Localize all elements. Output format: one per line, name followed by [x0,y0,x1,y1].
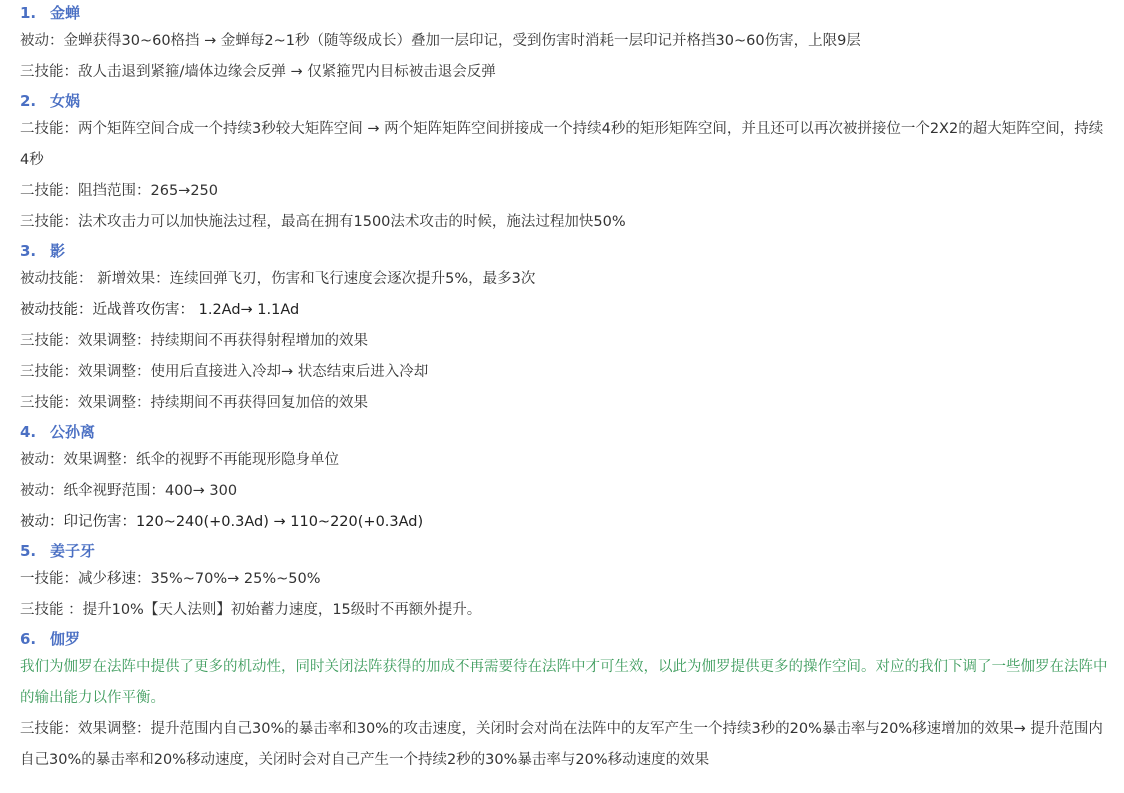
change-line: 三技能：效果调整：持续期间不再获得射程增加的效果 [20,326,1110,357]
change-line: 一技能：减少移速：35%~70%→ 25%~50% [20,564,1110,595]
hero-name: 影 [50,242,65,260]
change-line: 被动：效果调整：纸伞的视野不再能现形隐身单位 [20,445,1110,476]
hero-name: 金蝉 [50,4,80,22]
change-line: 三技能 ：提升10%【天人法则】初始蓄力速度，15级时不再额外提升。 [20,595,1110,626]
change-line: 三技能：效果调整：持续期间不再获得回复加倍的效果 [20,388,1110,419]
section-jinchan: 1.金蝉 被动：金蝉获得30~60格挡 → 金蝉每2~1秒（随等级成长）叠加一层… [20,0,1110,88]
change-line: 二技能：阻挡范围：265→250 [20,176,1110,207]
change-line: 三技能：敌人击退到紧箍/墙体边缘会反弹 → 仅紧箍咒内目标被击退会反弹 [20,57,1110,88]
section-jialuo: 6.伽罗 我们为伽罗在法阵中提供了更多的机动性，同时关闭法阵获得的加成不再需要待… [20,626,1110,776]
section-nvwa: 2.女娲 二技能：两个矩阵空间合成一个持续3秒较大矩阵空间 → 两个矩阵矩阵空间… [20,88,1110,238]
hero-name: 姜子牙 [50,542,95,560]
section-heading: 3.影 [20,238,1110,264]
section-number: 3. [20,238,50,264]
hero-name: 公孙离 [50,423,95,441]
section-heading: 4.公孙离 [20,419,1110,445]
change-line: 三技能：法术攻击力可以加快施法过程，最高在拥有1500法术攻击的时候，施法过程加… [20,207,1110,238]
change-line: 被动：金蝉获得30~60格挡 → 金蝉每2~1秒（随等级成长）叠加一层印记，受到… [20,26,1110,57]
section-number: 1. [20,0,50,26]
change-line: 二技能：两个矩阵空间合成一个持续3秒较大矩阵空间 → 两个矩阵矩阵空间拼接成一个… [20,114,1110,176]
section-number: 4. [20,419,50,445]
section-heading: 6.伽罗 [20,626,1110,652]
change-line: 三技能：效果调整：使用后直接进入冷却→ 状态结束后进入冷却 [20,357,1110,388]
section-number: 2. [20,88,50,114]
change-line: 被动技能：近战普攻伤害： 1.2Ad→ 1.1Ad [20,295,1110,326]
section-heading: 5.姜子牙 [20,538,1110,564]
change-line: 被动：纸伞视野范围：400→ 300 [20,476,1110,507]
section-jiangziya: 5.姜子牙 一技能：减少移速：35%~70%→ 25%~50% 三技能 ：提升1… [20,538,1110,626]
section-heading: 2.女娲 [20,88,1110,114]
hero-name: 伽罗 [50,630,80,648]
hero-name: 女娲 [50,92,80,110]
section-gongsunli: 4.公孙离 被动：效果调整：纸伞的视野不再能现形隐身单位 被动：纸伞视野范围：4… [20,419,1110,538]
section-ying: 3.影 被动技能： 新增效果：连续回弹飞刃，伤害和飞行速度会逐次提升5%，最多3… [20,238,1110,419]
section-number: 6. [20,626,50,652]
change-line: 被动：印记伤害：120~240(+0.3Ad) → 110~220(+0.3Ad… [20,507,1110,538]
designer-note: 我们为伽罗在法阵中提供了更多的机动性，同时关闭法阵获得的加成不再需要待在法阵中才… [20,652,1110,714]
section-heading: 1.金蝉 [20,0,1110,26]
patch-notes-document: 1.金蝉 被动：金蝉获得30~60格挡 → 金蝉每2~1秒（随等级成长）叠加一层… [0,0,1110,776]
section-number: 5. [20,538,50,564]
change-line: 三技能：效果调整：提升范围内自己30%的暴击率和30%的攻击速度，关闭时会对尚在… [20,714,1110,776]
change-line: 被动技能： 新增效果：连续回弹飞刃，伤害和飞行速度会逐次提升5%，最多3次 [20,264,1110,295]
